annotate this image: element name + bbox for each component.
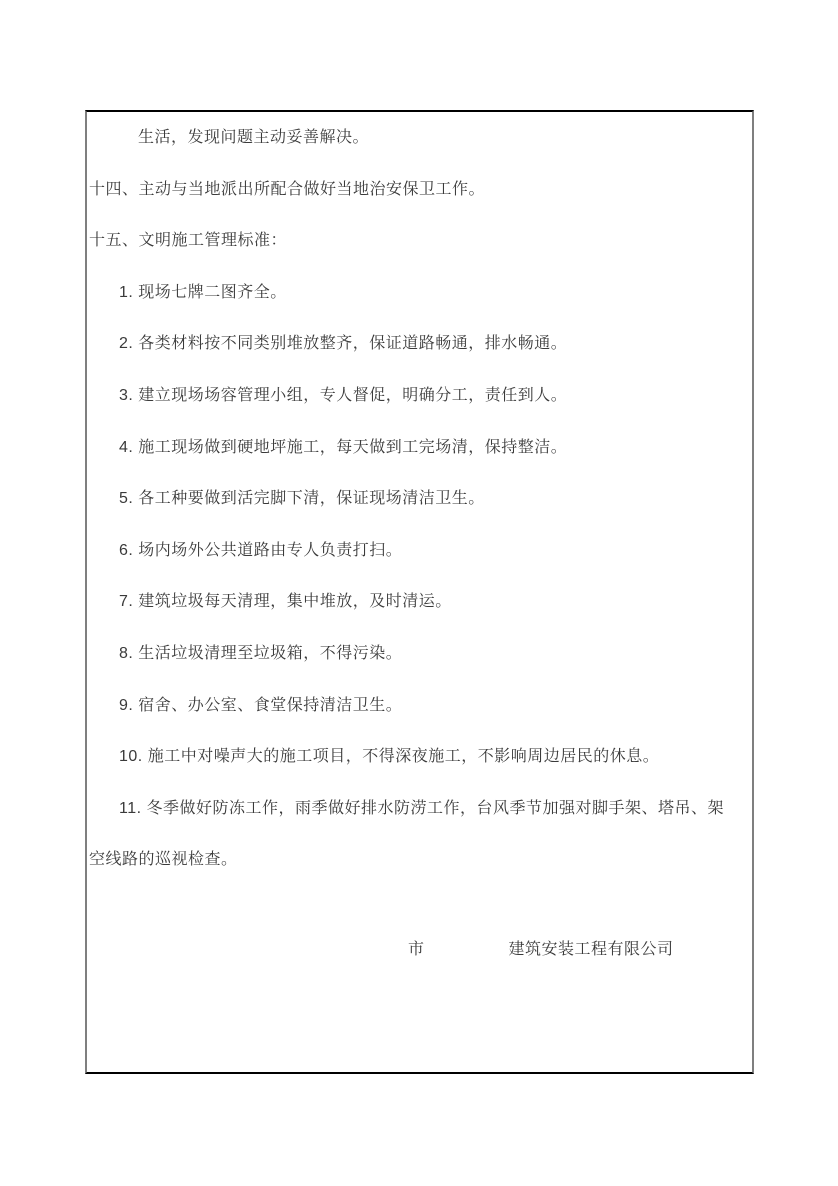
list-item-2: 2. 各类材料按不同类别堆放整齐，保证道路畅通，排水畅通。: [87, 318, 752, 370]
list-item-3: 3. 建立现场场容管理小组，专人督促，明确分工，责任到人。: [87, 370, 752, 422]
list-item-1: 1. 现场七牌二图齐全。: [87, 267, 752, 319]
signature-company-name: 建筑安装工程有限公司: [508, 924, 673, 976]
list-item-11: 11. 冬季做好防冻工作，雨季做好排水防涝工作，台风季节加强对脚手架、塔吊、架: [87, 783, 752, 835]
signature-line: 市 建筑安装工程有限公司: [87, 924, 752, 976]
list-item-4: 4. 施工现场做到硬地坪施工，每天做到工完场清，保持整洁。: [87, 422, 752, 474]
list-item-10: 10. 施工中对噪声大的施工项目，不得深夜施工，不影响周边居民的休息。: [87, 731, 752, 783]
list-item-7: 7. 建筑垃圾每天清理，集中堆放，及时清运。: [87, 576, 752, 628]
document-table-cell: 生活，发现问题主动妥善解决。 十四、主动与当地派出所配合做好当地治安保卫工作。 …: [85, 110, 754, 1074]
list-item-11-wrap: 空线路的巡视检查。: [87, 834, 752, 886]
section-heading-14: 十四、主动与当地派出所配合做好当地治安保卫工作。: [87, 164, 752, 216]
paragraph-continuation: 生活，发现问题主动妥善解决。: [87, 112, 752, 164]
list-item-8: 8. 生活垃圾清理至垃圾箱，不得污染。: [87, 628, 752, 680]
document-page: 生活，发现问题主动妥善解决。 十四、主动与当地派出所配合做好当地治安保卫工作。 …: [0, 0, 838, 1186]
list-item-9: 9. 宿舍、办公室、食堂保持清洁卫生。: [87, 680, 752, 732]
signature-city-prefix: 市: [408, 941, 425, 958]
list-item-5: 5. 各工种要做到活完脚下清，保证现场清洁卫生。: [87, 473, 752, 525]
section-heading-15: 十五、文明施工管理标准：: [87, 215, 752, 267]
list-item-6: 6. 场内场外公共道路由专人负责打扫。: [87, 525, 752, 577]
